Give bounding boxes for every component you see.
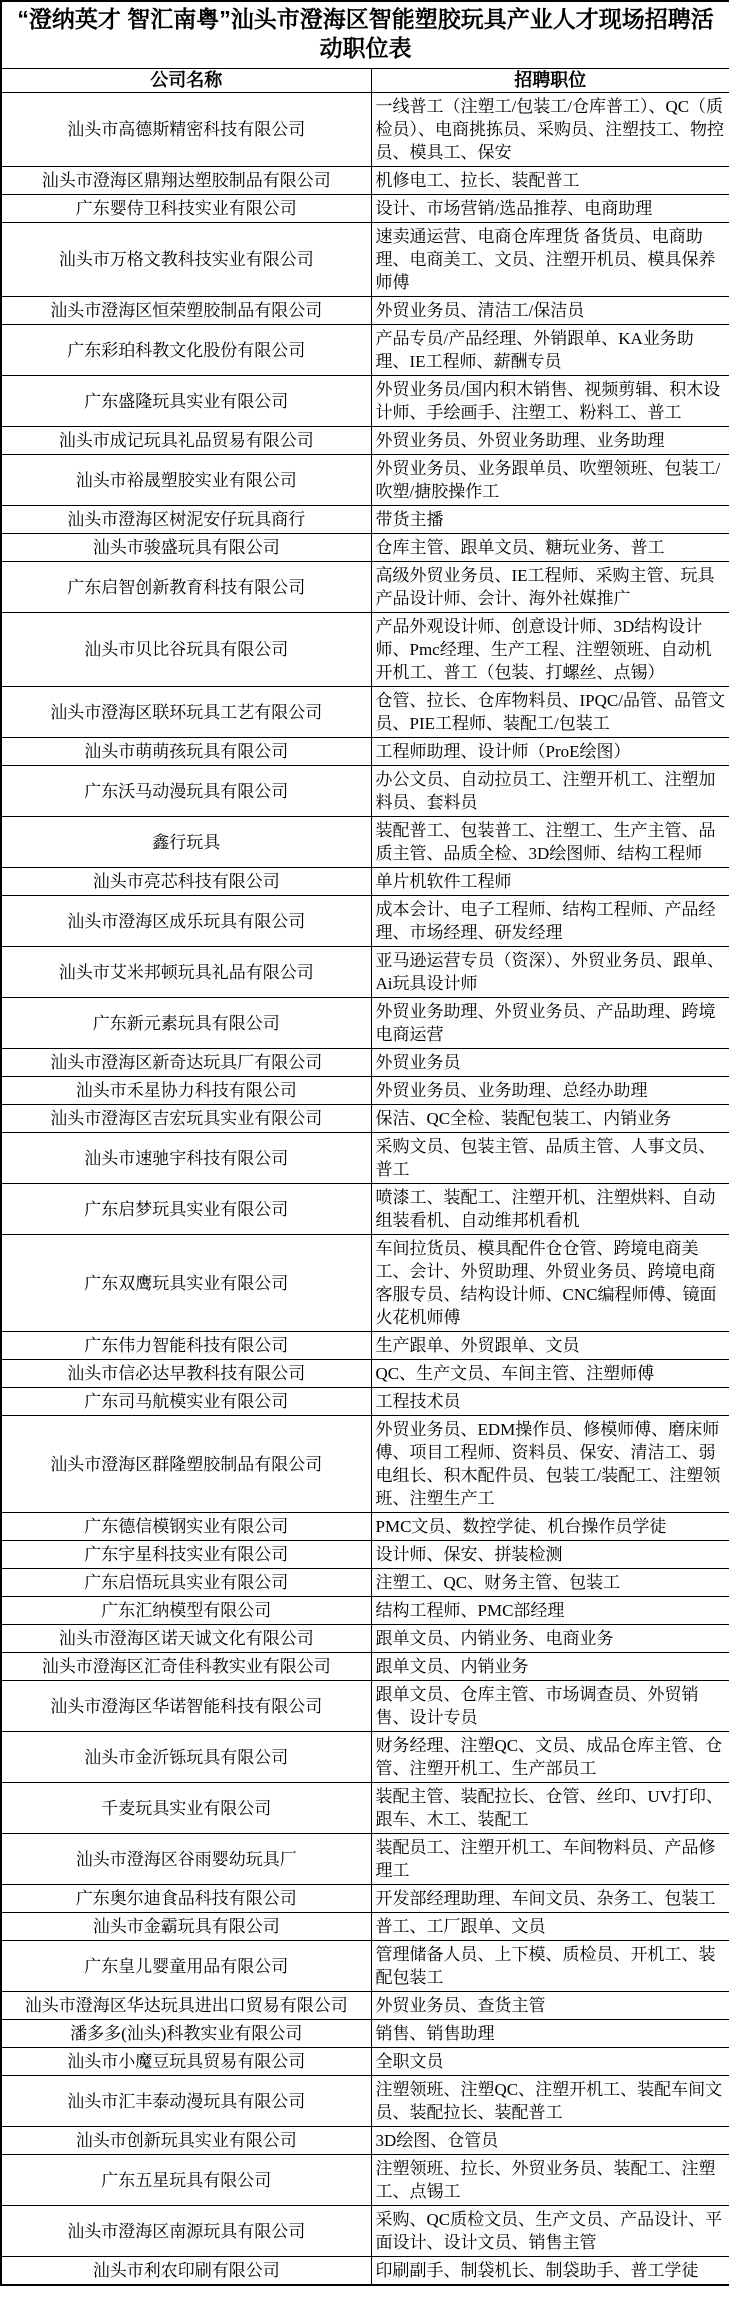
title-row: “澄纳英才 智汇南粤”汕头市澄海区智能塑胶玩具产业人才现场招聘活动职位表 [1, 1, 729, 68]
company-name-cell: 广东启梦玩具实业有限公司 [1, 1184, 371, 1235]
table-row: 汕头市澄海区恒荣塑胶制品有限公司外贸业务员、清洁工/保洁员 [1, 297, 729, 325]
table-row: 汕头市裕晟塑胶实业有限公司外贸业务员、业务跟单员、吹塑领班、包装工/吹塑/搪胶操… [1, 455, 729, 506]
company-name-cell: 汕头市金沂铄玩具有限公司 [1, 1732, 371, 1783]
company-name-cell: 广东启智创新教育科技有限公司 [1, 562, 371, 613]
table-row: 广东汇纳模型有限公司结构工程师、PMC部经理 [1, 1597, 729, 1625]
positions-cell: 生产跟单、外贸跟单、文员 [371, 1332, 729, 1360]
positions-cell: 工程技术员 [371, 1388, 729, 1416]
table-row: 广东沃马动漫玩具有限公司办公文员、自动拉员工、注塑开机工、注塑加料员、套料员 [1, 766, 729, 817]
company-name-cell: 广东新元素玩具有限公司 [1, 998, 371, 1049]
table-row: 广东五星玩具有限公司注塑领班、拉长、外贸业务员、装配工、注塑工、点锡工 [1, 2155, 729, 2206]
table-row: 汕头市金霸玩具有限公司普工、工厂跟单、文员 [1, 1913, 729, 1941]
table-row: 汕头市禾星协力科技有限公司外贸业务员、业务助理、总经办助理 [1, 1077, 729, 1105]
positions-cell: 注塑工、QC、财务主管、包装工 [371, 1569, 729, 1597]
company-name-cell: 广东盛隆玩具实业有限公司 [1, 376, 371, 427]
company-name-cell: 汕头市金霸玩具有限公司 [1, 1913, 371, 1941]
positions-cell: 开发部经理助理、车间文员、杂务工、包装工 [371, 1885, 729, 1913]
company-name-cell: 汕头市澄海区南源玩具有限公司 [1, 2206, 371, 2257]
positions-cell: 3D绘图、仓管员 [371, 2127, 729, 2155]
table-row: 汕头市澄海区群隆塑胶制品有限公司外贸业务员、EDM操作员、修模师傅、磨床师傅、项… [1, 1416, 729, 1513]
company-name-cell: 汕头市亮芯科技有限公司 [1, 868, 371, 896]
table-row: 汕头市骏盛玩具有限公司仓库主管、跟单文员、糖玩业务、普工 [1, 534, 729, 562]
table-row: 汕头市澄海区华诺智能科技有限公司跟单文员、仓库主管、市场调查员、外贸销售、设计专… [1, 1681, 729, 1732]
table-row: 汕头市澄海区鼎翔达塑胶制品有限公司机修电工、拉长、装配普工 [1, 167, 729, 195]
positions-cell: 速卖通运营、电商仓库理货 备货员、电商助理、电商美工、文员、注塑开机员、模具保养… [371, 223, 729, 297]
positions-cell: 设计、市场营销/选品推荐、电商助理 [371, 195, 729, 223]
company-name-cell: 千麦玩具实业有限公司 [1, 1783, 371, 1834]
table-row: 广东德信模钢实业有限公司PMC文员、数控学徒、机台操作员学徒 [1, 1513, 729, 1541]
positions-cell: 仓管、拉长、仓库物料员、IPQC/品管、品管文员、PIE工程师、装配工/包装工 [371, 687, 729, 738]
positions-cell: 高级外贸业务员、IE工程师、采购主管、玩具产品设计师、会计、海外社媒推广 [371, 562, 729, 613]
positions-cell: 装配主管、装配拉长、仓管、丝印、UV打印、跟车、木工、装配工 [371, 1783, 729, 1834]
company-name-cell: 汕头市澄海区鼎翔达塑胶制品有限公司 [1, 167, 371, 195]
company-name-cell: 广东五星玩具有限公司 [1, 2155, 371, 2206]
company-name-cell: 广东汇纳模型有限公司 [1, 1597, 371, 1625]
company-name-cell: 汕头市澄海区群隆塑胶制品有限公司 [1, 1416, 371, 1513]
company-column-header: 公司名称 [1, 68, 371, 93]
positions-cell: 跟单文员、内销业务、电商业务 [371, 1625, 729, 1653]
positions-cell: 采购文员、包装主管、品质主管、人事文员、普工 [371, 1133, 729, 1184]
positions-cell: 采购、QC质检文员、生产文员、产品设计、平面设计、设计文员、销售主管 [371, 2206, 729, 2257]
positions-cell: 办公文员、自动拉员工、注塑开机工、注塑加料员、套料员 [371, 766, 729, 817]
company-name-cell: 广东沃马动漫玩具有限公司 [1, 766, 371, 817]
positions-cell: 机修电工、拉长、装配普工 [371, 167, 729, 195]
company-name-cell: 汕头市澄海区新奇达玩具厂有限公司 [1, 1049, 371, 1077]
job-table: “澄纳英才 智汇南粤”汕头市澄海区智能塑胶玩具产业人才现场招聘活动职位表 公司名… [0, 0, 729, 2286]
positions-cell: 设计师、保安、拼装检测 [371, 1541, 729, 1569]
company-name-cell: 汕头市裕晟塑胶实业有限公司 [1, 455, 371, 506]
table-row: 广东启智创新教育科技有限公司高级外贸业务员、IE工程师、采购主管、玩具产品设计师… [1, 562, 729, 613]
positions-cell: 外贸业务员、业务助理、总经办助理 [371, 1077, 729, 1105]
table-row: 汕头市艾米邦顿玩具礼品有限公司亚马逊运营专员（资深）、外贸业务员、跟单、Ai玩具… [1, 947, 729, 998]
table-row: 汕头市高德斯精密科技有限公司一线普工（注塑工/包装工/仓库普工）、QC（质检员）… [1, 93, 729, 167]
company-name-cell: 广东皇儿婴童用品有限公司 [1, 1941, 371, 1992]
company-name-cell: 广东双鹰玩具实业有限公司 [1, 1235, 371, 1332]
positions-cell: 亚马逊运营专员（资深）、外贸业务员、跟单、Ai玩具设计师 [371, 947, 729, 998]
table-row: 汕头市贝比谷玩具有限公司产品外观设计师、创意设计师、3D结构设计师、Pmc经理、… [1, 613, 729, 687]
positions-cell: 保洁、QC全检、装配包装工、内销业务 [371, 1105, 729, 1133]
company-name-cell: 汕头市澄海区谷雨婴幼玩具厂 [1, 1834, 371, 1885]
company-name-cell: 潘多多(汕头)科教实业有限公司 [1, 2020, 371, 2048]
company-name-cell: 汕头市澄海区吉宏玩具实业有限公司 [1, 1105, 371, 1133]
table-row: 汕头市速驰宇科技有限公司采购文员、包装主管、品质主管、人事文员、普工 [1, 1133, 729, 1184]
company-name-cell: 汕头市澄海区成乐玩具有限公司 [1, 896, 371, 947]
company-name-cell: 汕头市小魔豆玩具贸易有限公司 [1, 2048, 371, 2076]
company-name-cell: 广东奥尔迪食品科技有限公司 [1, 1885, 371, 1913]
table-row: 汕头市澄海区成乐玩具有限公司成本会计、电子工程师、结构工程师、产品经理、市场经理… [1, 896, 729, 947]
positions-cell: PMC文员、数控学徒、机台操作员学徒 [371, 1513, 729, 1541]
table-row: 汕头市澄海区树泥安仔玩具商行带货主播 [1, 506, 729, 534]
positions-cell: 管理储备人员、上下模、质检员、开机工、装配包装工 [371, 1941, 729, 1992]
company-name-cell: 汕头市高德斯精密科技有限公司 [1, 93, 371, 167]
table-row: 广东伟力智能科技有限公司生产跟单、外贸跟单、文员 [1, 1332, 729, 1360]
company-name-cell: 汕头市澄海区联环玩具工艺有限公司 [1, 687, 371, 738]
company-name-cell: 广东婴侍卫科技实业有限公司 [1, 195, 371, 223]
table-row: 鑫行玩具装配普工、包装普工、注塑工、生产主管、品质主管、品质全检、3D绘图师、结… [1, 817, 729, 868]
company-name-cell: 汕头市澄海区华诺智能科技有限公司 [1, 1681, 371, 1732]
company-name-cell: 汕头市速驰宇科技有限公司 [1, 1133, 371, 1184]
company-name-cell: 汕头市萌萌孩玩具有限公司 [1, 738, 371, 766]
positions-cell: 外贸业务员 [371, 1049, 729, 1077]
positions-column-header: 招聘职位 [371, 68, 729, 93]
company-name-cell: 广东伟力智能科技有限公司 [1, 1332, 371, 1360]
table-row: 广东宇星科技实业有限公司设计师、保安、拼装检测 [1, 1541, 729, 1569]
table-row: 汕头市澄海区新奇达玩具厂有限公司外贸业务员 [1, 1049, 729, 1077]
table-row: 汕头市创新玩具实业有限公司3D绘图、仓管员 [1, 2127, 729, 2155]
company-name-cell: 汕头市汇丰泰动漫玩具有限公司 [1, 2076, 371, 2127]
company-name-cell: 汕头市贝比谷玩具有限公司 [1, 613, 371, 687]
table-row: 汕头市萌萌孩玩具有限公司工程师助理、设计师（ProE绘图） [1, 738, 729, 766]
company-name-cell: 汕头市艾米邦顿玩具礼品有限公司 [1, 947, 371, 998]
company-name-cell: 汕头市澄海区汇奇佳科教实业有限公司 [1, 1653, 371, 1681]
table-row: 广东盛隆玩具实业有限公司外贸业务员/国内积木销售、视频剪辑、积木设计师、手绘画手… [1, 376, 729, 427]
table-row: 汕头市利农印刷有限公司印刷副手、制袋机长、制袋助手、普工学徒 [1, 2257, 729, 2286]
recruitment-job-list-page: “澄纳英才 智汇南粤”汕头市澄海区智能塑胶玩具产业人才现场招聘活动职位表 公司名… [0, 0, 729, 2286]
positions-cell: 工程师助理、设计师（ProE绘图） [371, 738, 729, 766]
positions-cell: 车间拉货员、模具配件仓仓管、跨境电商美工、会计、外贸助理、外贸业务员、跨境电商客… [371, 1235, 729, 1332]
positions-cell: 外贸业务助理、外贸业务员、产品助理、跨境电商运营 [371, 998, 729, 1049]
positions-cell: 外贸业务员、清洁工/保洁员 [371, 297, 729, 325]
positions-cell: 印刷副手、制袋机长、制袋助手、普工学徒 [371, 2257, 729, 2286]
table-row: 广东双鹰玩具实业有限公司车间拉货员、模具配件仓仓管、跨境电商美工、会计、外贸助理… [1, 1235, 729, 1332]
company-name-cell: 汕头市信必达早教科技有限公司 [1, 1360, 371, 1388]
table-row: 汕头市信必达早教科技有限公司QC、生产文员、车间主管、注塑师傅 [1, 1360, 729, 1388]
positions-cell: 仓库主管、跟单文员、糖玩业务、普工 [371, 534, 729, 562]
table-row: 汕头市成记玩具礼品贸易有限公司外贸业务员、外贸业务助理、业务助理 [1, 427, 729, 455]
page-title: “澄纳英才 智汇南粤”汕头市澄海区智能塑胶玩具产业人才现场招聘活动职位表 [1, 1, 729, 68]
company-name-cell: 汕头市澄海区恒荣塑胶制品有限公司 [1, 297, 371, 325]
company-name-cell: 汕头市成记玩具礼品贸易有限公司 [1, 427, 371, 455]
table-row: 广东奥尔迪食品科技有限公司开发部经理助理、车间文员、杂务工、包装工 [1, 1885, 729, 1913]
positions-cell: 财务经理、注塑QC、文员、成品仓库主管、仓管、注塑开机工、生产部员工 [371, 1732, 729, 1783]
positions-cell: 外贸业务员、业务跟单员、吹塑领班、包装工/吹塑/搪胶操作工 [371, 455, 729, 506]
table-row: 汕头市澄海区诺天诚文化有限公司跟单文员、内销业务、电商业务 [1, 1625, 729, 1653]
positions-cell: 结构工程师、PMC部经理 [371, 1597, 729, 1625]
company-name-cell: 汕头市澄海区华达玩具进出口贸易有限公司 [1, 1992, 371, 2020]
table-row: 汕头市澄海区谷雨婴幼玩具厂装配员工、注塑开机工、车间物料员、产品修理工 [1, 1834, 729, 1885]
company-name-cell: 汕头市骏盛玩具有限公司 [1, 534, 371, 562]
positions-cell: 销售、销售助理 [371, 2020, 729, 2048]
table-row: 汕头市澄海区汇奇佳科教实业有限公司跟单文员、内销业务 [1, 1653, 729, 1681]
positions-cell: 普工、工厂跟单、文员 [371, 1913, 729, 1941]
positions-cell: 成本会计、电子工程师、结构工程师、产品经理、市场经理、研发经理 [371, 896, 729, 947]
table-row: 汕头市万格文教科技实业有限公司速卖通运营、电商仓库理货 备货员、电商助理、电商美… [1, 223, 729, 297]
positions-cell: 带货主播 [371, 506, 729, 534]
positions-cell: 注塑领班、拉长、外贸业务员、装配工、注塑工、点锡工 [371, 2155, 729, 2206]
table-row: 广东司马航模实业有限公司工程技术员 [1, 1388, 729, 1416]
positions-cell: 装配普工、包装普工、注塑工、生产主管、品质主管、品质全检、3D绘图师、结构工程师 [371, 817, 729, 868]
table-row: 汕头市澄海区南源玩具有限公司采购、QC质检文员、生产文员、产品设计、平面设计、设… [1, 2206, 729, 2257]
company-name-cell: 汕头市禾星协力科技有限公司 [1, 1077, 371, 1105]
table-row: 广东启梦玩具实业有限公司喷漆工、装配工、注塑开机、注塑烘料、自动组装看机、自动维… [1, 1184, 729, 1235]
company-name-cell: 汕头市利农印刷有限公司 [1, 2257, 371, 2286]
positions-cell: QC、生产文员、车间主管、注塑师傅 [371, 1360, 729, 1388]
positions-cell: 一线普工（注塑工/包装工/仓库普工）、QC（质检员）、电商挑拣员、采购员、注塑技… [371, 93, 729, 167]
positions-cell: 外贸业务员、EDM操作员、修模师傅、磨床师傅、项目工程师、资料员、保安、清洁工、… [371, 1416, 729, 1513]
table-row: 广东彩珀科教文化股份有限公司产品专员/产品经理、外销跟单、KA业务助理、IE工程… [1, 325, 729, 376]
table-row: 广东启悟玩具实业有限公司注塑工、QC、财务主管、包装工 [1, 1569, 729, 1597]
table-row: 广东皇儿婴童用品有限公司管理储备人员、上下模、质检员、开机工、装配包装工 [1, 1941, 729, 1992]
company-name-cell: 广东启悟玩具实业有限公司 [1, 1569, 371, 1597]
table-row: 汕头市澄海区吉宏玩具实业有限公司保洁、QC全检、装配包装工、内销业务 [1, 1105, 729, 1133]
table-row: 汕头市澄海区华达玩具进出口贸易有限公司外贸业务员、查货主管 [1, 1992, 729, 2020]
company-name-cell: 广东彩珀科教文化股份有限公司 [1, 325, 371, 376]
table-row: 汕头市亮芯科技有限公司单片机软件工程师 [1, 868, 729, 896]
company-name-cell: 汕头市创新玩具实业有限公司 [1, 2127, 371, 2155]
positions-cell: 外贸业务员、查货主管 [371, 1992, 729, 2020]
header-row: 公司名称 招聘职位 [1, 68, 729, 93]
table-row: 广东新元素玩具有限公司外贸业务助理、外贸业务员、产品助理、跨境电商运营 [1, 998, 729, 1049]
positions-cell: 跟单文员、仓库主管、市场调查员、外贸销售、设计专员 [371, 1681, 729, 1732]
positions-cell: 喷漆工、装配工、注塑开机、注塑烘料、自动组装看机、自动维邦机看机 [371, 1184, 729, 1235]
company-name-cell: 广东司马航模实业有限公司 [1, 1388, 371, 1416]
company-name-cell: 汕头市万格文教科技实业有限公司 [1, 223, 371, 297]
positions-cell: 注塑领班、注塑QC、注塑开机工、装配车间文员、装配拉长、装配普工 [371, 2076, 729, 2127]
table-row: 广东婴侍卫科技实业有限公司设计、市场营销/选品推荐、电商助理 [1, 195, 729, 223]
company-name-cell: 汕头市澄海区诺天诚文化有限公司 [1, 1625, 371, 1653]
positions-cell: 单片机软件工程师 [371, 868, 729, 896]
table-row: 汕头市汇丰泰动漫玩具有限公司注塑领班、注塑QC、注塑开机工、装配车间文员、装配拉… [1, 2076, 729, 2127]
positions-cell: 全职文员 [371, 2048, 729, 2076]
company-name-cell: 广东德信模钢实业有限公司 [1, 1513, 371, 1541]
company-name-cell: 汕头市澄海区树泥安仔玩具商行 [1, 506, 371, 534]
table-row: 汕头市澄海区联环玩具工艺有限公司仓管、拉长、仓库物料员、IPQC/品管、品管文员… [1, 687, 729, 738]
positions-cell: 产品外观设计师、创意设计师、3D结构设计师、Pmc经理、生产工程、注塑领班、自动… [371, 613, 729, 687]
company-name-cell: 广东宇星科技实业有限公司 [1, 1541, 371, 1569]
table-row: 潘多多(汕头)科教实业有限公司销售、销售助理 [1, 2020, 729, 2048]
positions-cell: 外贸业务员/国内积木销售、视频剪辑、积木设计师、手绘画手、注塑工、粉料工、普工 [371, 376, 729, 427]
job-table-body: 汕头市高德斯精密科技有限公司一线普工（注塑工/包装工/仓库普工）、QC（质检员）… [1, 93, 729, 2286]
positions-cell: 装配员工、注塑开机工、车间物料员、产品修理工 [371, 1834, 729, 1885]
positions-cell: 跟单文员、内销业务 [371, 1653, 729, 1681]
table-row: 汕头市金沂铄玩具有限公司财务经理、注塑QC、文员、成品仓库主管、仓管、注塑开机工… [1, 1732, 729, 1783]
positions-cell: 外贸业务员、外贸业务助理、业务助理 [371, 427, 729, 455]
company-name-cell: 鑫行玩具 [1, 817, 371, 868]
positions-cell: 产品专员/产品经理、外销跟单、KA业务助理、IE工程师、薪酬专员 [371, 325, 729, 376]
table-row: 汕头市小魔豆玩具贸易有限公司全职文员 [1, 2048, 729, 2076]
table-row: 千麦玩具实业有限公司装配主管、装配拉长、仓管、丝印、UV打印、跟车、木工、装配工 [1, 1783, 729, 1834]
